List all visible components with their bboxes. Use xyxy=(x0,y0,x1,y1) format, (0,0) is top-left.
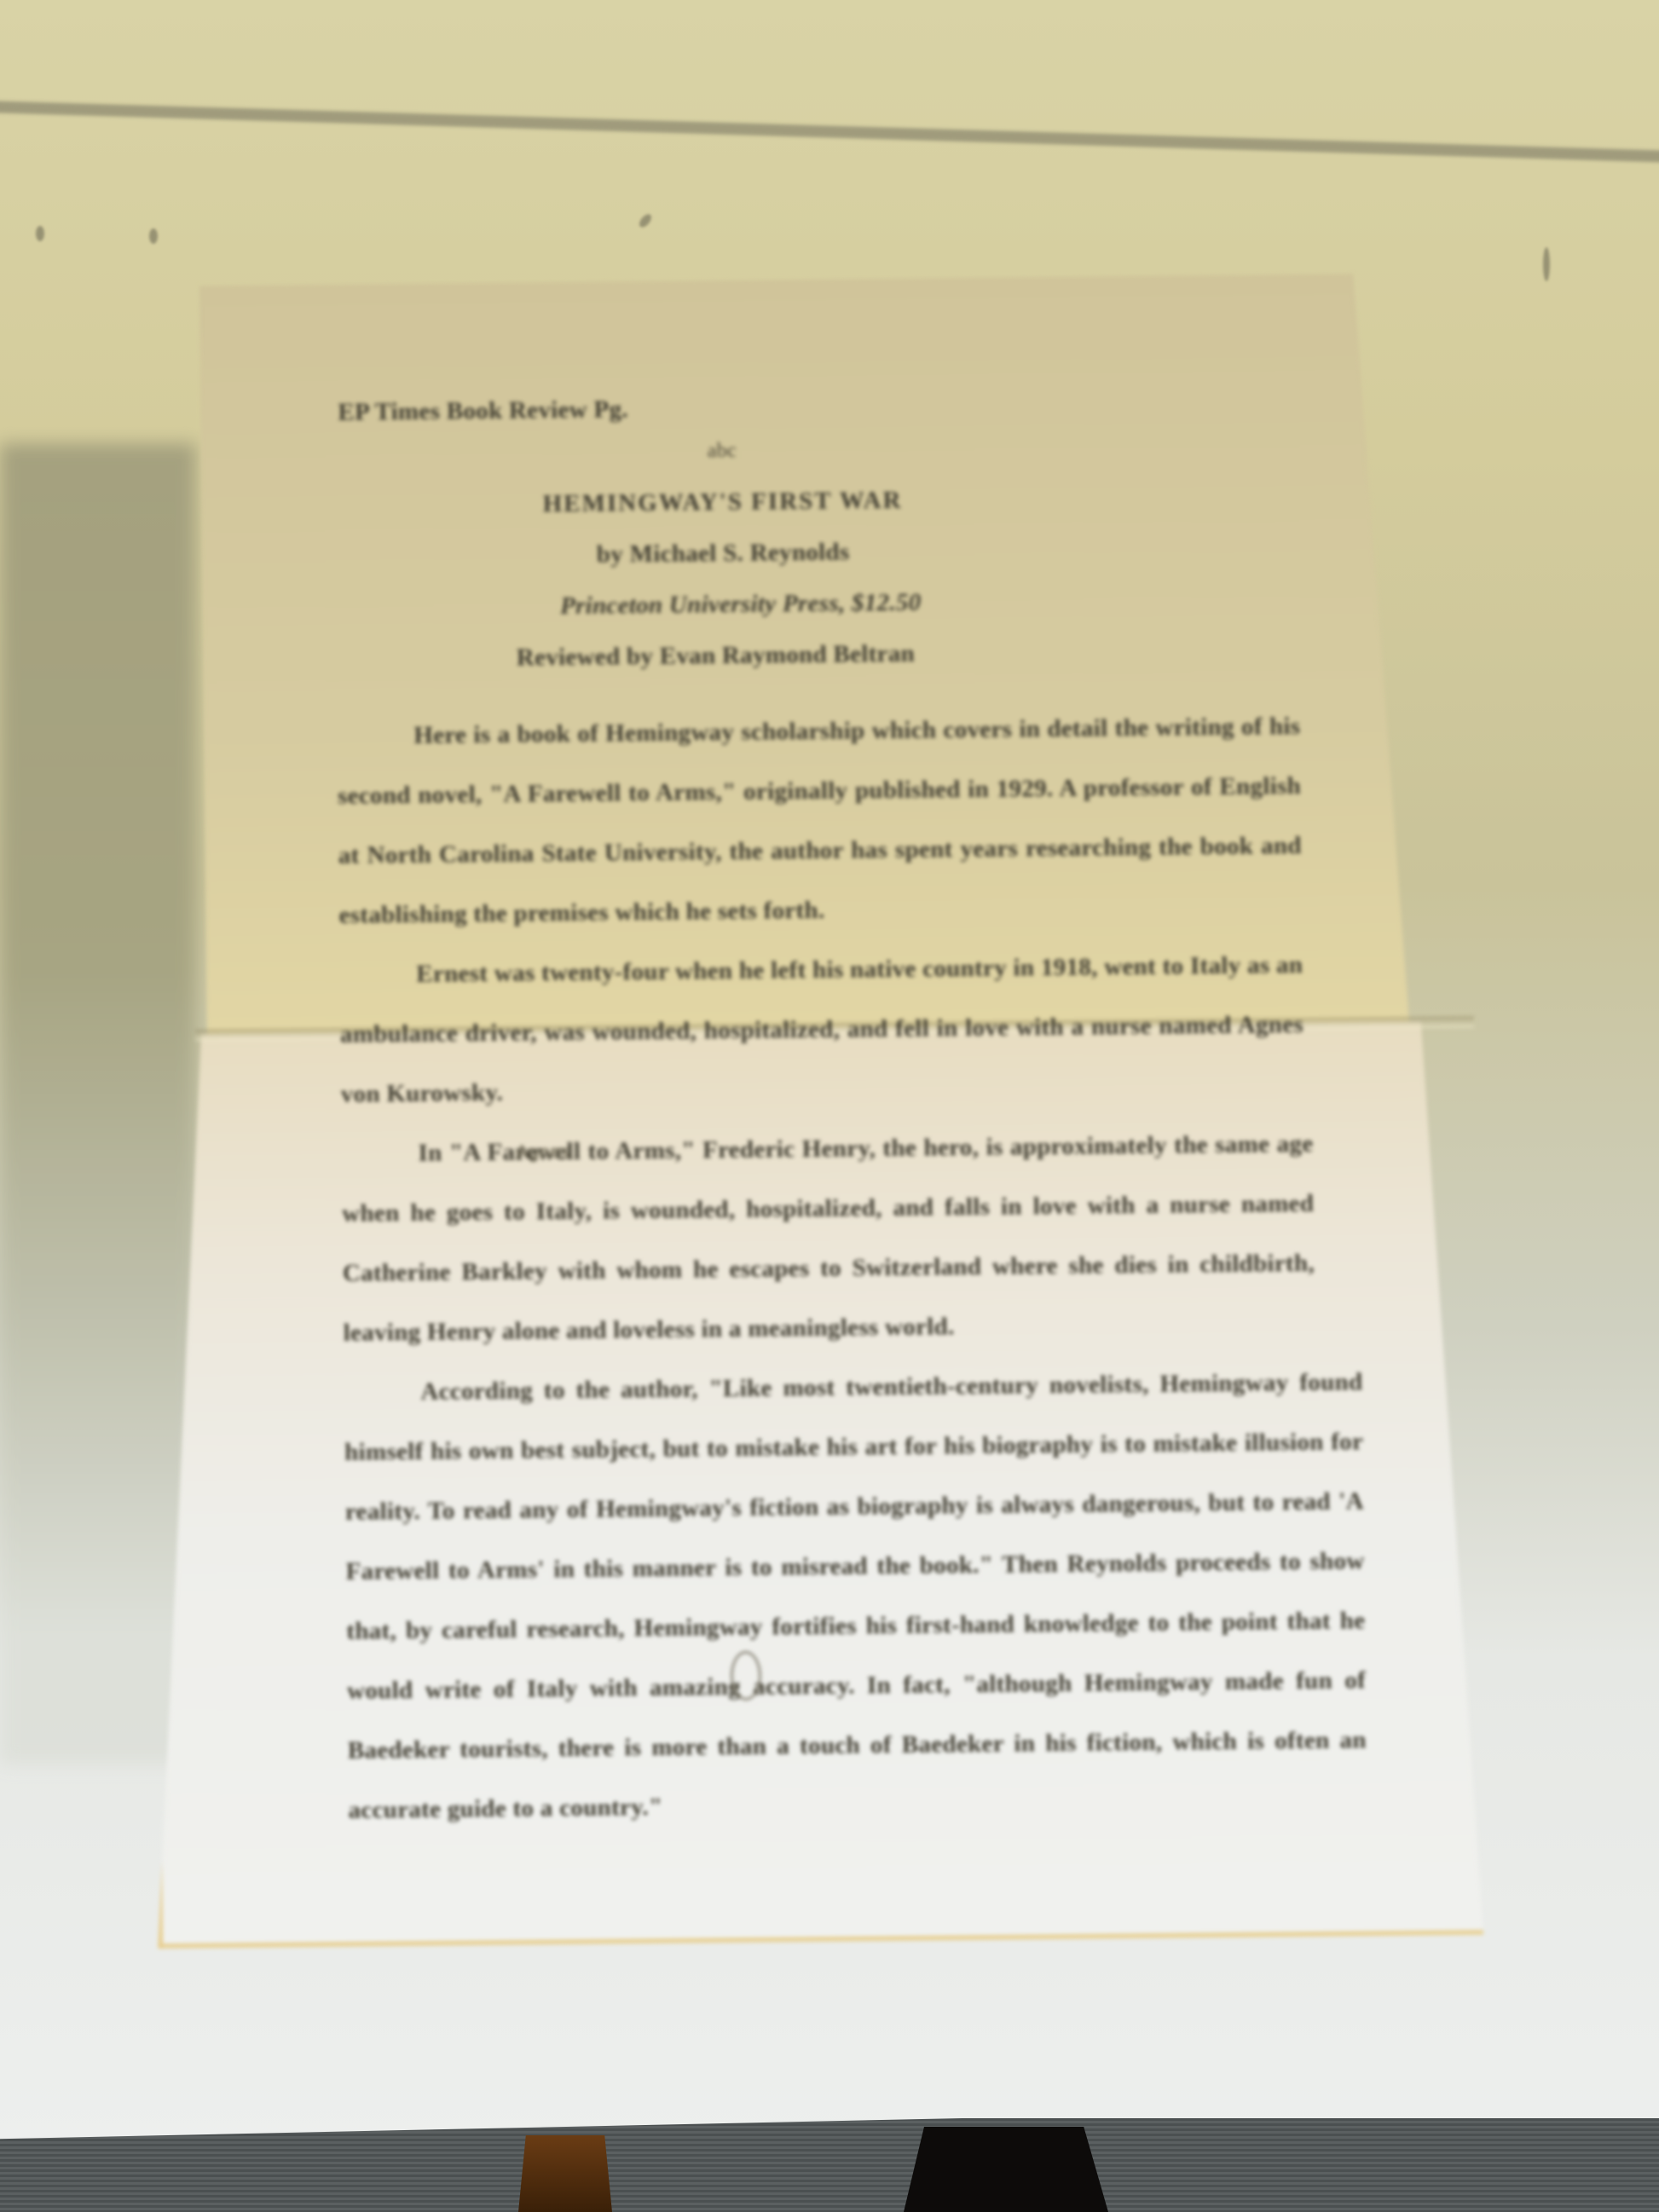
paragraph: Ernest was twenty-four when he left his … xyxy=(339,935,1304,1124)
wall-speck xyxy=(36,226,44,241)
paragraph: According to the author, "Like most twen… xyxy=(344,1352,1367,1839)
wall-speck xyxy=(149,228,158,244)
paper-sheet: EP Times Book Review Pg. abc HEMINGWAY'S… xyxy=(188,274,1432,1949)
handwritten-insertion: Agnes xyxy=(516,1122,570,1182)
brown-shoe xyxy=(518,2135,612,2212)
handwritten-circle-mark xyxy=(731,1651,762,1701)
paragraph: Here is a book of Hemingway scholarship … xyxy=(337,696,1303,945)
shadow xyxy=(0,443,196,1764)
black-shoe xyxy=(904,2127,1108,2212)
wall-speck xyxy=(1543,247,1550,281)
review-body: Here is a book of Hemingway scholarship … xyxy=(337,696,1312,1840)
carpet-floor xyxy=(0,2118,1659,2212)
reviewer-line: Reviewed by Evan Raymond Beltran xyxy=(442,623,989,689)
wall-trim-line xyxy=(0,101,1659,163)
paragraph: In "A Farewell to Arms," Frederic Henry,… xyxy=(341,1114,1315,1363)
wall-speck xyxy=(637,212,653,229)
